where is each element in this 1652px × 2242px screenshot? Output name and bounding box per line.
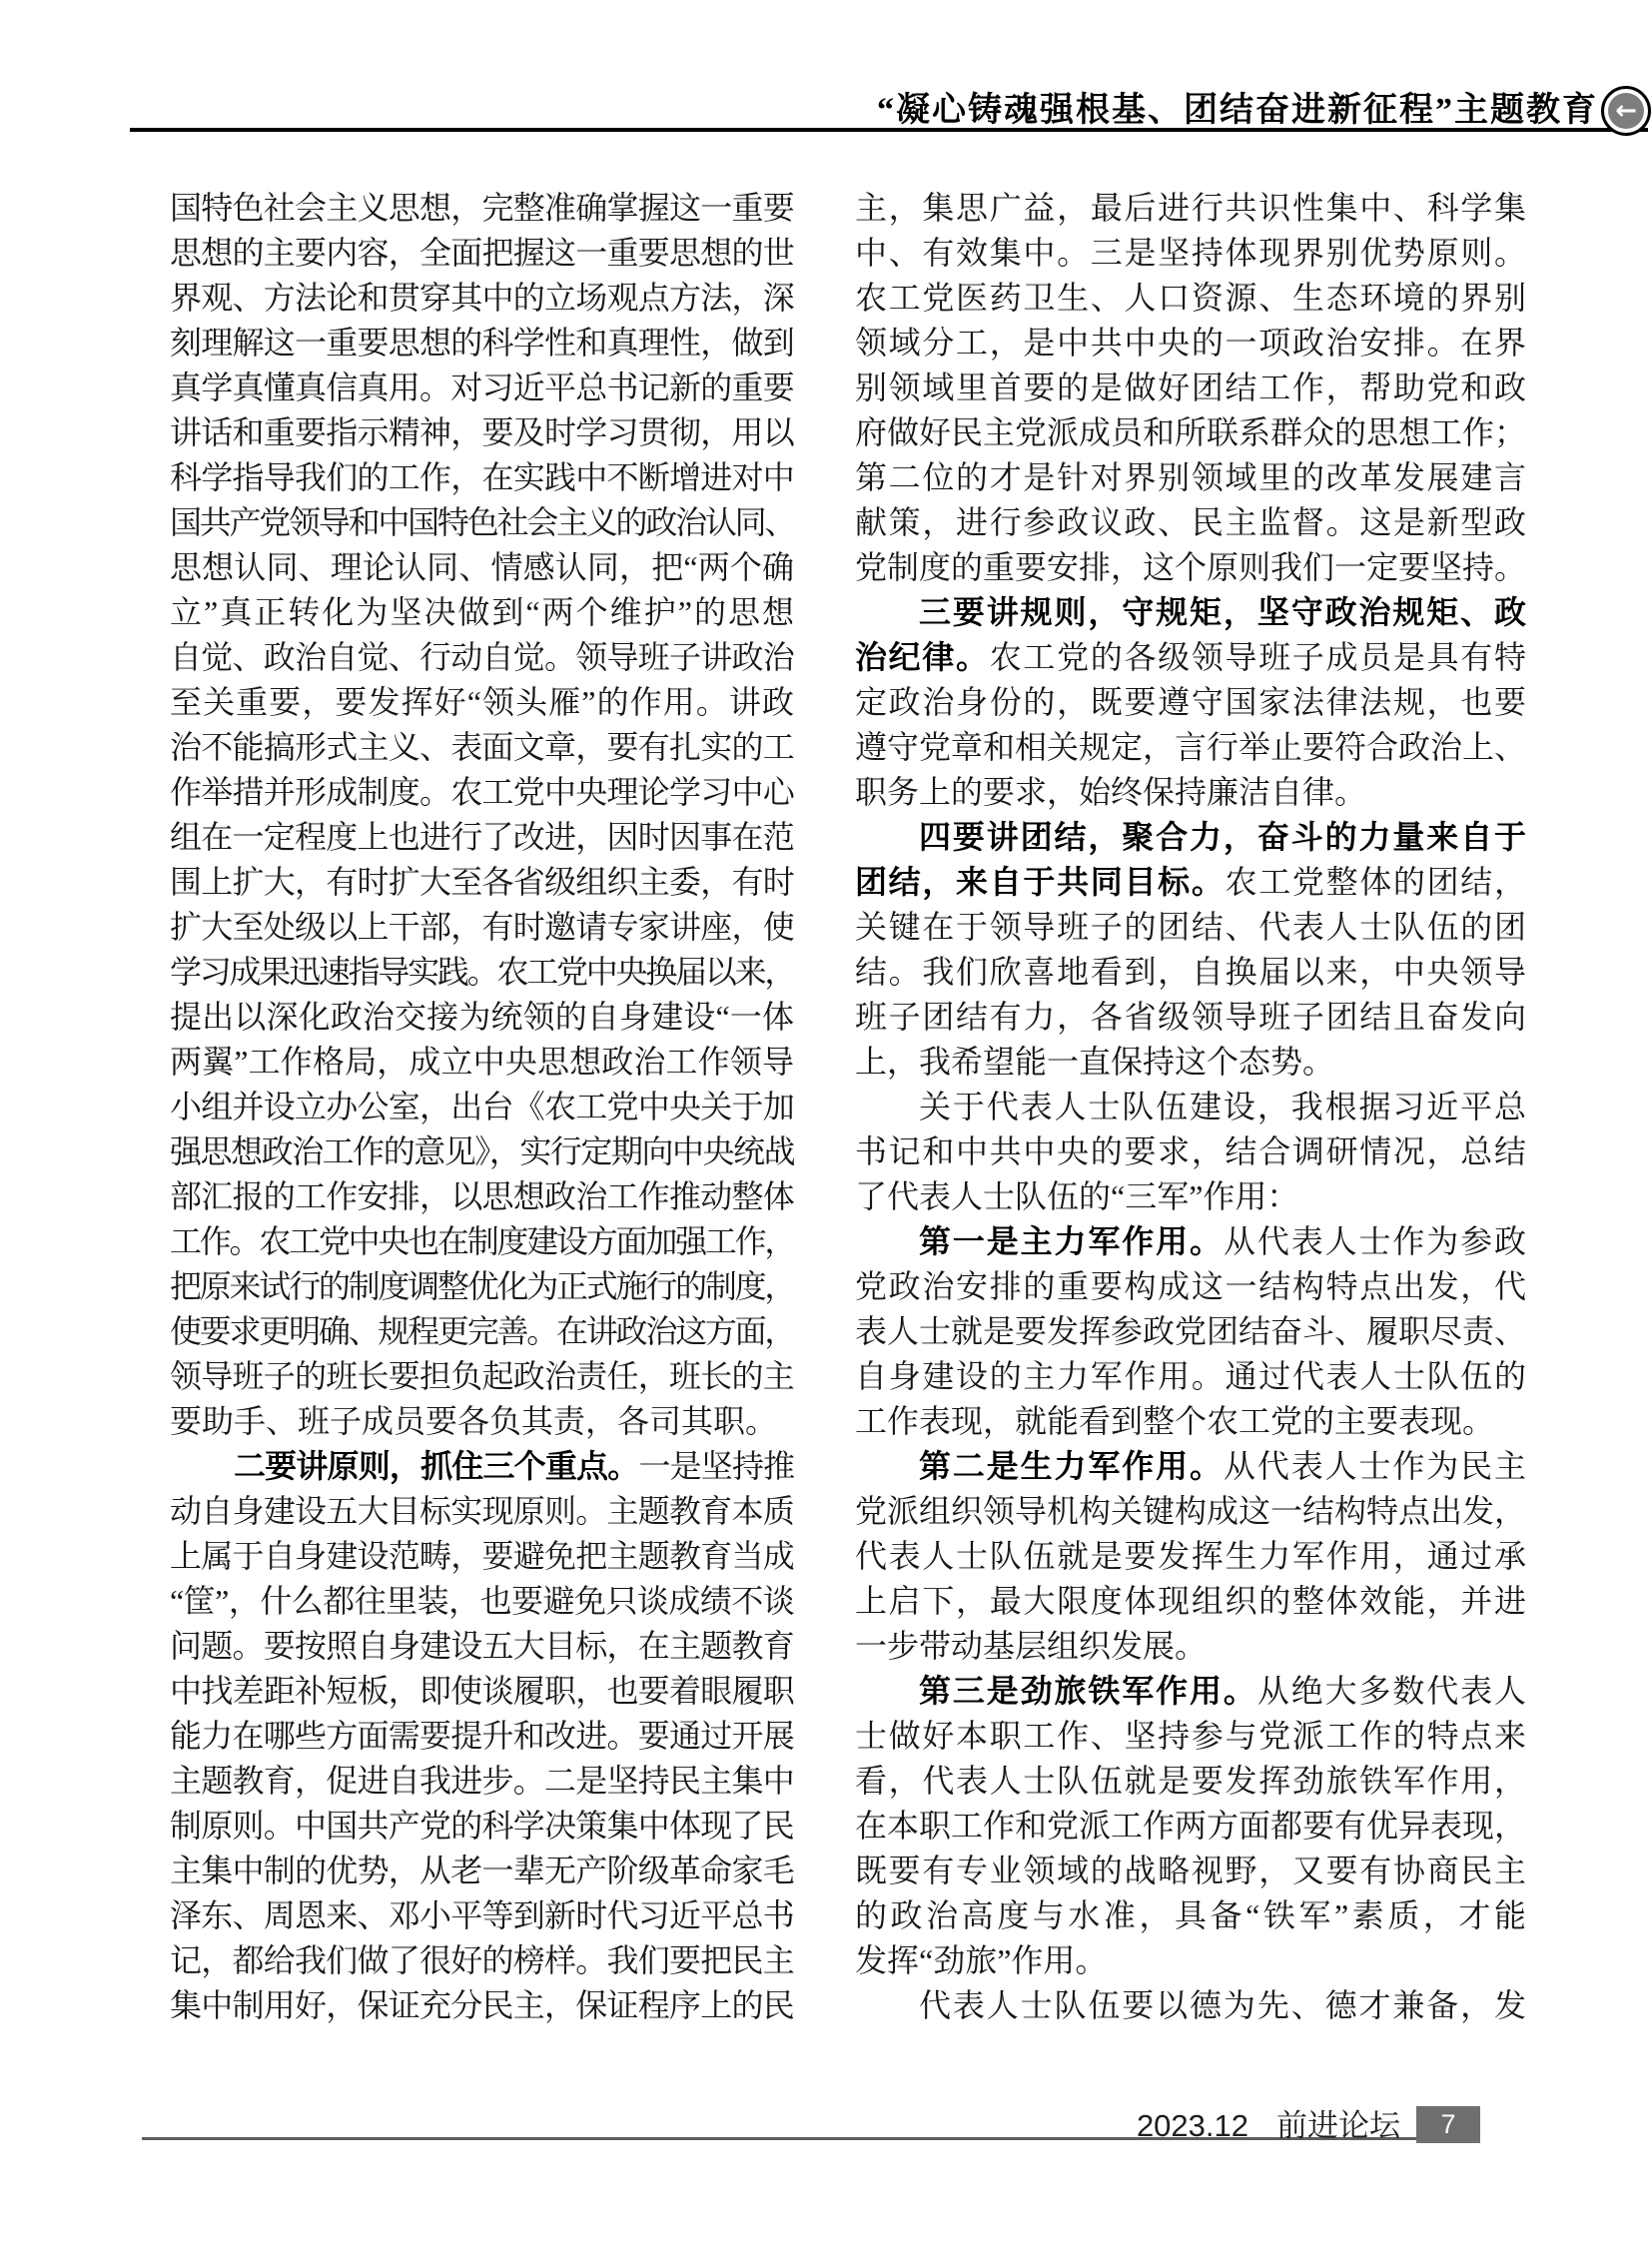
text-line: 书记和中共中央的要求，结合调研情况，总结 <box>855 1129 1526 1174</box>
body-text: 主集中制的优势，从老一辈无产阶级革命家毛 <box>170 1853 794 1888</box>
text-line: 表人士就是要发挥参政党团结奋斗、履职尽责、 <box>855 1309 1526 1354</box>
page-header-title: “凝心铸魂强根基、团结奋进新征程”主题教育 <box>877 82 1598 131</box>
body-text: 真学真懂真信真用。对习近平总书记新的重要 <box>170 370 794 405</box>
text-line: 学习成果迅速指导实践。农工党中央换届以来， <box>170 950 794 995</box>
text-line: 职务上的要求，始终保持廉洁自律。 <box>855 770 1526 815</box>
body-text: 组在一定程度上也进行了改进，因时因事在范 <box>170 819 794 855</box>
body-text: 一是坚持推 <box>638 1448 794 1484</box>
left-arrow-icon: ← <box>1608 93 1644 129</box>
body-text: “筐”，什么都往里装，也要避免只谈成绩不谈 <box>170 1583 794 1619</box>
body-text: 党派组织领导机构关键构成这一结构特点出发， <box>855 1493 1526 1529</box>
body-text: 小组并设立办公室，出台《农工党中央关于加 <box>170 1089 794 1124</box>
text-line: 泽东、周恩来、邓小平等到新时代习近平总书 <box>170 1893 794 1938</box>
text-line: 第二是生力军作用。从代表人士作为民主 <box>855 1444 1526 1489</box>
body-text: 上，我希望能一直保持这个态势。 <box>855 1044 1334 1080</box>
body-text: 使要求更明确、规程更完善。在讲政治这方面， <box>170 1313 794 1349</box>
text-line: 领域分工，是中共中央的一项政治安排。在界 <box>855 321 1526 366</box>
text-line: 上启下，最大限度体现组织的整体效能，并进 <box>855 1579 1526 1624</box>
text-line: 工作。农工党中央也在制度建设方面加强工作， <box>170 1219 794 1264</box>
text-line: 国特色社会主义思想，完整准确掌握这一重要 <box>170 186 794 231</box>
text-line: 立”真正转化为坚决做到“两个维护”的思想 <box>170 590 794 635</box>
body-text: 国特色社会主义思想，完整准确掌握这一重要 <box>170 190 794 226</box>
body-text: 的政治高度与水准，具备“铁军”素质，才能 <box>855 1897 1526 1933</box>
text-line: 第三是劲旅铁军作用。从绝大多数代表人 <box>855 1669 1526 1714</box>
body-text: 结。我们欣喜地看到，自换届以来，中央领导 <box>855 954 1526 990</box>
emphasis-text: 三要讲规则，守规矩，坚守政治规矩、政 <box>919 594 1526 630</box>
body-text: 至关重要，要发挥好“领头雁”的作用。讲政 <box>170 684 794 720</box>
text-line: 的政治高度与水准，具备“铁军”素质，才能 <box>855 1893 1526 1938</box>
body-text: 了代表人士队伍的“三军”作用： <box>855 1178 1298 1214</box>
body-text: 主题教育，促进自我进步。二是坚持民主集中 <box>170 1763 794 1799</box>
body-text: 动自身建设五大目标实现原则。主题教育本质 <box>170 1493 794 1529</box>
text-line: 刻理解这一重要思想的科学性和真理性，做到 <box>170 321 794 366</box>
page-number-badge: 7 <box>1416 2106 1480 2143</box>
body-text: 班子团结有力，各省级领导班子团结且奋发向 <box>855 999 1526 1035</box>
body-text: 部汇报的工作安排，以思想政治工作推动整体 <box>170 1178 794 1214</box>
body-text: 职务上的要求，始终保持廉洁自律。 <box>855 774 1366 810</box>
text-line: 思想认同、理论认同、情感认同，把“两个确 <box>170 545 794 590</box>
text-line: 遵守党章和相关规定，言行举止要符合政治上、 <box>855 725 1526 770</box>
emphasis-text: 第一是主力军作用。 <box>919 1223 1224 1259</box>
text-line: 关于代表人士队伍建设，我根据习近平总 <box>855 1085 1526 1129</box>
body-text: 记，都给我们做了很好的榜样。我们要把民主 <box>170 1942 794 1978</box>
body-text: 农工党医药卫生、人口资源、生态环境的界别 <box>855 280 1526 316</box>
body-text: 强思想政治工作的意见》，实行定期向中央统战 <box>170 1133 794 1169</box>
emphasis-text: 第三是劲旅铁军作用。 <box>919 1673 1257 1709</box>
text-line: 领导班子的班长要担负起政治责任，班长的主 <box>170 1354 794 1399</box>
text-line: 关键在于领导班子的团结、代表人士队伍的团 <box>855 905 1526 950</box>
body-text: 主，集思广益，最后进行共识性集中、科学集 <box>855 190 1526 226</box>
body-text: 从代表人士作为民主 <box>1224 1448 1526 1484</box>
body-text: 思想认同、理论认同、情感认同，把“两个确 <box>170 549 794 585</box>
body-text: 一步带动基层组织发展。 <box>855 1628 1207 1664</box>
footer-journal-name: 前进论坛 <box>1276 2108 1400 2143</box>
body-text: 献策，进行参政议政、民主监督。这是新型政 <box>855 504 1526 540</box>
text-line: 要助手、班子成员要各负其责，各司其职。 <box>170 1399 794 1444</box>
body-text: 中、有效集中。三是坚持体现界别优势原则。 <box>855 235 1526 271</box>
text-line: 组在一定程度上也进行了改进，因时因事在范 <box>170 815 794 860</box>
text-line: 工作表现，就能看到整个农工党的主要表现。 <box>855 1399 1526 1444</box>
text-line: 使要求更明确、规程更完善。在讲政治这方面， <box>170 1309 794 1354</box>
body-text: 代表人士队伍就是要发挥生力军作用，通过承 <box>855 1538 1526 1574</box>
text-line: 小组并设立办公室，出台《农工党中央关于加 <box>170 1085 794 1129</box>
text-line: 中、有效集中。三是坚持体现界别优势原则。 <box>855 231 1526 276</box>
text-line: 国共产党领导和中国特色社会主义的政治认同、 <box>170 500 794 545</box>
body-text: 问题。要按照自身建设五大目标，在主题教育 <box>170 1628 794 1664</box>
body-text: 围上扩大，有时扩大至各省级组织主委，有时 <box>170 864 794 900</box>
text-line: 看，代表人士队伍就是要发挥劲旅铁军作用， <box>855 1759 1526 1804</box>
text-line: 两翼”工作格局，成立中央思想政治工作领导 <box>170 1040 794 1085</box>
text-line: 献策，进行参政议政、民主监督。这是新型政 <box>855 500 1526 545</box>
text-line: 问题。要按照自身建设五大目标，在主题教育 <box>170 1624 794 1669</box>
body-text: 农工党的各级领导班子成员是具有特 <box>990 639 1526 675</box>
text-line: 部汇报的工作安排，以思想政治工作推动整体 <box>170 1174 794 1219</box>
body-text: 工作表现，就能看到整个农工党的主要表现。 <box>855 1403 1494 1439</box>
body-text: 党政治安排的重要构成这一结构特点出发，代 <box>855 1268 1526 1304</box>
column-right: 主，集思广益，最后进行共识性集中、科学集中、有效集中。三是坚持体现界别优势原则。… <box>855 186 1526 2028</box>
body-text: 上属于自身建设范畴，要避免把主题教育当成 <box>170 1538 794 1574</box>
text-line: 士做好本职工作、坚持参与党派工作的特点来 <box>855 1714 1526 1759</box>
text-line: 发挥“劲旅”作用。 <box>855 1938 1526 1983</box>
body-text: 发挥“劲旅”作用。 <box>855 1942 1107 1978</box>
body-text: 代表人士队伍要以德为先、德才兼备，发 <box>919 1987 1526 2023</box>
text-line: 自身建设的主力军作用。通过代表人士队伍的 <box>855 1354 1526 1399</box>
body-text: 制原则。中国共产党的科学决策集中体现了民 <box>170 1808 794 1844</box>
text-line: 讲话和重要指示精神，要及时学习贯彻，用以 <box>170 410 794 455</box>
text-line: 主，集思广益，最后进行共识性集中、科学集 <box>855 186 1526 231</box>
body-text: 讲话和重要指示精神，要及时学习贯彻，用以 <box>170 414 794 450</box>
text-line: 团结，来自于共同目标。农工党整体的团结， <box>855 860 1526 905</box>
text-line: 了代表人士队伍的“三军”作用： <box>855 1174 1526 1219</box>
text-line: 党派组织领导机构关键构成这一结构特点出发， <box>855 1489 1526 1534</box>
body-text: 领域分工，是中共中央的一项政治安排。在界 <box>855 325 1526 361</box>
body-text: 学习成果迅速指导实践。农工党中央换届以来， <box>170 954 794 990</box>
text-line: 代表人士队伍就是要发挥生力军作用，通过承 <box>855 1534 1526 1579</box>
text-line: 一步带动基层组织发展。 <box>855 1624 1526 1669</box>
text-line: 定政治身份的，既要遵守国家法律法规，也要 <box>855 680 1526 725</box>
magazine-page: “凝心铸魂强根基、团结奋进新征程”主题教育 ← 国特色社会主义思想，完整准确掌握… <box>0 0 1652 2242</box>
body-text: 在本职工作和党派工作两方面都要有优异表现， <box>855 1808 1526 1844</box>
text-line: 主集中制的优势，从老一辈无产阶级革命家毛 <box>170 1849 794 1893</box>
header-divider <box>130 128 1648 132</box>
text-line: 界观、方法论和贯穿其中的立场观点方法，深 <box>170 276 794 321</box>
text-line: 党政治安排的重要构成这一结构特点出发，代 <box>855 1264 1526 1309</box>
text-line: 扩大至处级以上干部，有时邀请专家讲座，使 <box>170 905 794 950</box>
body-text: 把原来试行的制度调整优化为正式施行的制度， <box>170 1268 794 1304</box>
emphasis-text: 四要讲团结，聚合力，奋斗的力量来自于 <box>919 819 1526 855</box>
back-arrow-circle-icon: ← <box>1601 86 1651 136</box>
body-text: 作举措并形成制度。农工党中央理论学习中心 <box>170 774 794 810</box>
body-text: 扩大至处级以上干部，有时邀请专家讲座，使 <box>170 909 794 945</box>
body-text: 士做好本职工作、坚持参与党派工作的特点来 <box>855 1718 1526 1754</box>
body-text: 领导班子的班长要担负起政治责任，班长的主 <box>170 1358 794 1394</box>
body-text: 自觉、政治自觉、行动自觉。领导班子讲政治 <box>170 639 794 675</box>
text-line: 结。我们欣喜地看到，自换届以来，中央领导 <box>855 950 1526 995</box>
text-line: 思想的主要内容，全面把握这一重要思想的世 <box>170 231 794 276</box>
text-line: 真学真懂真信真用。对习近平总书记新的重要 <box>170 366 794 410</box>
text-line: 党制度的重要安排，这个原则我们一定要坚持。 <box>855 545 1526 590</box>
column-left: 国特色社会主义思想，完整准确掌握这一重要思想的主要内容，全面把握这一重要思想的世… <box>170 186 794 2028</box>
text-line: 农工党医药卫生、人口资源、生态环境的界别 <box>855 276 1526 321</box>
emphasis-text: 团结，来自于共同目标。 <box>855 864 1226 900</box>
text-line: “筐”，什么都往里装，也要避免只谈成绩不谈 <box>170 1579 794 1624</box>
body-text: 科学指导我们的工作，在实践中不断增进对中 <box>170 459 794 495</box>
body-text: 界观、方法论和贯穿其中的立场观点方法，深 <box>170 280 794 316</box>
body-text: 能力在哪些方面需要提升和改进。要通过开展 <box>170 1718 794 1754</box>
body-text: 书记和中共中央的要求，结合调研情况，总结 <box>855 1133 1526 1169</box>
emphasis-text: 二要讲原则，抓住三个重点。 <box>234 1448 638 1484</box>
text-line: 三要讲规则，守规矩，坚守政治规矩、政 <box>855 590 1526 635</box>
body-text: 两翼”工作格局，成立中央思想政治工作领导 <box>170 1044 794 1080</box>
text-line: 别领域里首要的是做好团结工作，帮助党和政 <box>855 366 1526 410</box>
text-line: 把原来试行的制度调整优化为正式施行的制度， <box>170 1264 794 1309</box>
body-text: 农工党整体的团结， <box>1226 864 1526 900</box>
body-text: 定政治身份的，既要遵守国家法律法规，也要 <box>855 684 1526 720</box>
body-text: 集中制用好，保证充分民主，保证程序上的民 <box>170 1987 794 2023</box>
text-line: 强思想政治工作的意见》，实行定期向中央统战 <box>170 1129 794 1174</box>
text-line: 能力在哪些方面需要提升和改进。要通过开展 <box>170 1714 794 1759</box>
body-text: 治不能搞形式主义、表面文章，要有扎实的工 <box>170 729 794 765</box>
text-line: 围上扩大，有时扩大至各省级组织主委，有时 <box>170 860 794 905</box>
text-line: 第二位的才是针对界别领域里的改革发展建言 <box>855 455 1526 500</box>
body-text: 表人士就是要发挥参政党团结奋斗、履职尽责、 <box>855 1313 1526 1349</box>
text-line: 制原则。中国共产党的科学决策集中体现了民 <box>170 1804 794 1849</box>
emphasis-text: 第二是生力军作用。 <box>919 1448 1224 1484</box>
text-line: 在本职工作和党派工作两方面都要有优异表现， <box>855 1804 1526 1849</box>
text-line: 班子团结有力，各省级领导班子团结且奋发向 <box>855 995 1526 1040</box>
body-text: 关键在于领导班子的团结、代表人士队伍的团 <box>855 909 1526 945</box>
body-text: 看，代表人士队伍就是要发挥劲旅铁军作用， <box>855 1763 1526 1799</box>
body-text: 从代表人士作为参政 <box>1224 1223 1526 1259</box>
body-text: 工作。农工党中央也在制度建设方面加强工作， <box>170 1223 794 1259</box>
text-line: 中找差距补短板，即使谈履职，也要着眼履职 <box>170 1669 794 1714</box>
text-line: 上，我希望能一直保持这个态势。 <box>855 1040 1526 1085</box>
body-text: 刻理解这一重要思想的科学性和真理性，做到 <box>170 325 794 361</box>
text-line: 至关重要，要发挥好“领头雁”的作用。讲政 <box>170 680 794 725</box>
text-line: 集中制用好，保证充分民主，保证程序上的民 <box>170 1983 794 2028</box>
body-text: 立”真正转化为坚决做到“两个维护”的思想 <box>170 594 794 630</box>
text-line: 二要讲原则，抓住三个重点。一是坚持推 <box>170 1444 794 1489</box>
text-line: 治纪律。农工党的各级领导班子成员是具有特 <box>855 635 1526 680</box>
body-text: 关于代表人士队伍建设，我根据习近平总 <box>919 1089 1526 1124</box>
body-text: 中找差距补短板，即使谈履职，也要着眼履职 <box>170 1673 794 1709</box>
text-line: 上属于自身建设范畴，要避免把主题教育当成 <box>170 1534 794 1579</box>
text-line: 记，都给我们做了很好的榜样。我们要把民主 <box>170 1938 794 1983</box>
text-line: 四要讲团结，聚合力，奋斗的力量来自于 <box>855 815 1526 860</box>
body-text: 府做好民主党派成员和所联系群众的思想工作； <box>855 414 1526 450</box>
text-line: 科学指导我们的工作，在实践中不断增进对中 <box>170 455 794 500</box>
text-line: 自觉、政治自觉、行动自觉。领导班子讲政治 <box>170 635 794 680</box>
body-text: 国共产党领导和中国特色社会主义的政治认同、 <box>170 504 794 540</box>
text-line: 主题教育，促进自我进步。二是坚持民主集中 <box>170 1759 794 1804</box>
body-text: 要助手、班子成员要各负其责，各司其职。 <box>170 1403 777 1439</box>
body-text: 从绝大多数代表人 <box>1257 1673 1526 1709</box>
text-line: 代表人士队伍要以德为先、德才兼备，发 <box>855 1983 1526 2028</box>
text-line: 府做好民主党派成员和所联系群众的思想工作； <box>855 410 1526 455</box>
body-text: 党制度的重要安排，这个原则我们一定要坚持。 <box>855 549 1526 585</box>
body-text: 第二位的才是针对界别领域里的改革发展建言 <box>855 459 1526 495</box>
text-line: 第一是主力军作用。从代表人士作为参政 <box>855 1219 1526 1264</box>
text-line: 治不能搞形式主义、表面文章，要有扎实的工 <box>170 725 794 770</box>
text-line: 既要有专业领域的战略视野，又要有协商民主 <box>855 1849 1526 1893</box>
emphasis-text: 治纪律。 <box>855 639 990 675</box>
text-line: 提出以深化政治交接为统领的自身建设“一体 <box>170 995 794 1040</box>
body-text: 思想的主要内容，全面把握这一重要思想的世 <box>170 235 794 271</box>
body-text: 别领域里首要的是做好团结工作，帮助党和政 <box>855 370 1526 405</box>
footer-issue: 2023.12 <box>1137 2108 1248 2143</box>
text-line: 作举措并形成制度。农工党中央理论学习中心 <box>170 770 794 815</box>
text-line: 动自身建设五大目标实现原则。主题教育本质 <box>170 1489 794 1534</box>
body-text: 上启下，最大限度体现组织的整体效能，并进 <box>855 1583 1526 1619</box>
body-text: 既要有专业领域的战略视野，又要有协商民主 <box>855 1853 1526 1888</box>
body-text: 提出以深化政治交接为统领的自身建设“一体 <box>170 999 794 1035</box>
body-text: 泽东、周恩来、邓小平等到新时代习近平总书 <box>170 1897 794 1933</box>
body-text: 遵守党章和相关规定，言行举止要符合政治上、 <box>855 729 1526 765</box>
body-text: 自身建设的主力军作用。通过代表人士队伍的 <box>855 1358 1526 1394</box>
footer-text: 2023.12前进论坛 <box>1137 2100 1400 2145</box>
